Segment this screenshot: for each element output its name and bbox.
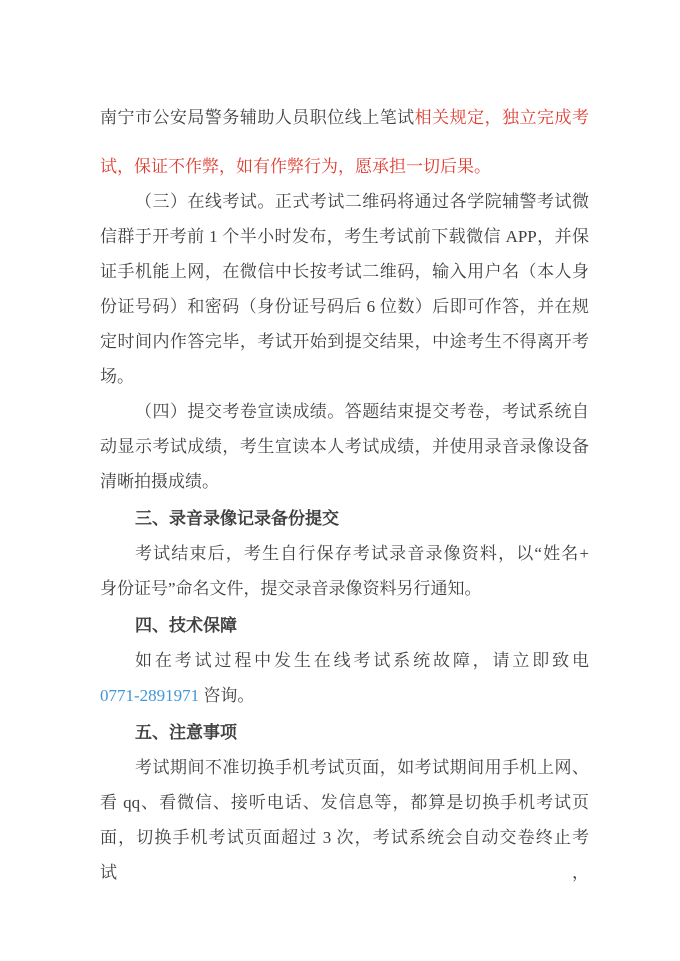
heading-text: 五、注意事项 <box>135 723 237 742</box>
document-line: 试，保证不作弊，如有作弊行为，愿承担一切后果。 <box>100 149 589 184</box>
text-segment: 清晰拍摄成绩。 <box>100 472 219 491</box>
document-line: 面，切换手机考试页面超过 3 次，考试系统会自动交卷终止考试， <box>100 820 589 890</box>
document-line: 动显示考试成绩，考生宣读本人考试成绩，并使用录音录像设备 <box>100 429 589 464</box>
red-text-segment: 试，保证不作弊，如有作弊行为，愿承担一切后果。 <box>100 157 491 176</box>
document-line: 看 qq、看微信、接听电话、发信息等，都算是切换手机考试页 <box>100 785 589 820</box>
section-heading: 四、技术保障 <box>100 608 589 643</box>
text-segment: 面，切换手机考试页面超过 3 次，考试系统会自动交卷终止考试， <box>100 828 589 882</box>
text-segment: 场。 <box>100 367 134 386</box>
document-line: （三）在线考试。正式考试二维码将通过各学院辅警考试微 <box>100 184 589 219</box>
document-line: （四）提交考卷宣读成绩。答题结束提交考卷，考试系统自 <box>100 394 589 429</box>
document-line: 考试期间不准切换手机考试页面，如考试期间用手机上网、 <box>100 750 589 785</box>
document-content: 南宁市公安局警务辅助人员职位线上笔试相关规定，独立完成考 试，保证不作弊，如有作… <box>100 100 589 890</box>
section-heading: 五、注意事项 <box>100 715 589 750</box>
heading-text: 三、录音录像记录备份提交 <box>135 509 339 528</box>
document-line: 南宁市公安局警务辅助人员职位线上笔试相关规定，独立完成考 <box>100 100 589 135</box>
text-segment: 南宁市公安局警务辅助人员职位线上笔试 <box>100 108 415 127</box>
text-segment: 看 qq、看微信、接听电话、发信息等，都算是切换手机考试页 <box>100 793 589 812</box>
red-text-segment: 相关规定，独立完成考 <box>415 108 589 127</box>
section-heading: 三、录音录像记录备份提交 <box>100 501 589 536</box>
text-segment: 信群于开考前 1 个半小时发布，考生考试前下载微信 APP，并保 <box>100 227 589 246</box>
text-segment: 定时间内作答完毕，考试开始到提交结果，中途考生不得离开考 <box>100 332 589 351</box>
document-line: 定时间内作答完毕，考试开始到提交结果，中途考生不得离开考 <box>100 324 589 359</box>
document-line: 0771-2891971 咨询。 <box>100 678 589 713</box>
heading-text: 四、技术保障 <box>135 616 237 635</box>
document-line: 证手机能上网，在微信中长按考试二维码，输入用户名（本人身 <box>100 254 589 289</box>
document-line: 信群于开考前 1 个半小时发布，考生考试前下载微信 APP，并保 <box>100 219 589 254</box>
document-line: 考试结束后，考生自行保存考试录音录像资料，以“姓名+ <box>100 536 589 571</box>
document-line: 如在考试过程中发生在线考试系统故障，请立即致电 <box>100 643 589 678</box>
text-segment: 考试结束后，考生自行保存考试录音录像资料，以“姓名+ <box>135 544 589 563</box>
text-segment: 身份证号”命名文件，提交录音录像资料另行通知。 <box>100 579 482 598</box>
phone-link[interactable]: 0771-2891971 <box>100 686 199 705</box>
document-line: 场。 <box>100 359 589 394</box>
text-segment: 动显示考试成绩，考生宣读本人考试成绩，并使用录音录像设备 <box>100 437 589 456</box>
text-segment: （三）在线考试。正式考试二维码将通过各学院辅警考试微 <box>135 192 589 211</box>
document-line: 清晰拍摄成绩。 <box>100 464 589 499</box>
text-segment: 如在考试过程中发生在线考试系统故障，请立即致电 <box>135 651 589 670</box>
document-line: 身份证号”命名文件，提交录音录像资料另行通知。 <box>100 571 589 606</box>
text-segment: 咨询。 <box>199 686 254 705</box>
text-segment: 考试期间不准切换手机考试页面，如考试期间用手机上网、 <box>135 758 589 777</box>
text-segment: （四）提交考卷宣读成绩。答题结束提交考卷，考试系统自 <box>135 402 589 421</box>
document-line: 份证号码）和密码（身份证号码后 6 位数）后即可作答，并在规 <box>100 289 589 324</box>
document-page: 南宁市公安局警务辅助人员职位线上笔试相关规定，独立完成考 试，保证不作弊，如有作… <box>0 0 680 961</box>
text-segment: 证手机能上网，在微信中长按考试二维码，输入用户名（本人身 <box>100 262 589 281</box>
text-segment: 份证号码）和密码（身份证号码后 6 位数）后即可作答，并在规 <box>100 297 589 316</box>
